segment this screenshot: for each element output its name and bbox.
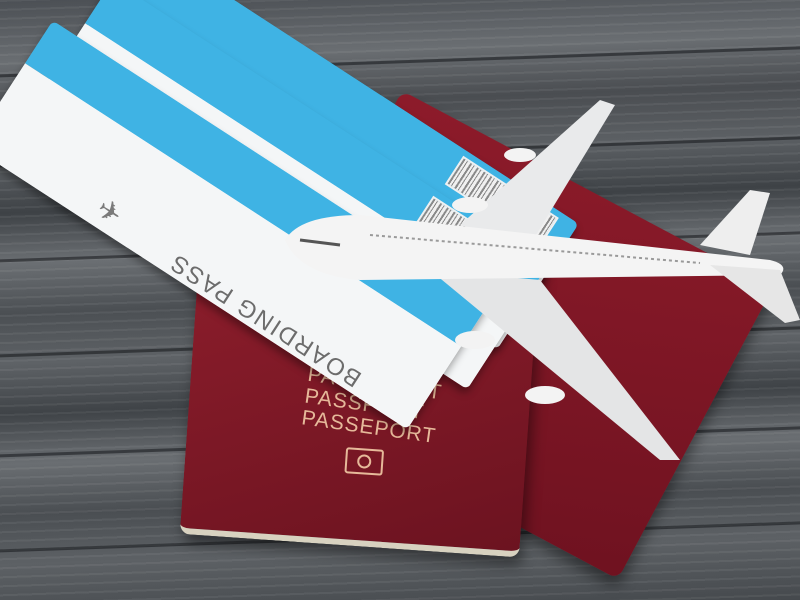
airplane-icon: ✈ — [91, 192, 129, 232]
model-airplane — [280, 95, 800, 465]
photo-scene: PASSEPORT PASSPORT PASSEPORT ✈ BOARDING … — [0, 0, 800, 600]
